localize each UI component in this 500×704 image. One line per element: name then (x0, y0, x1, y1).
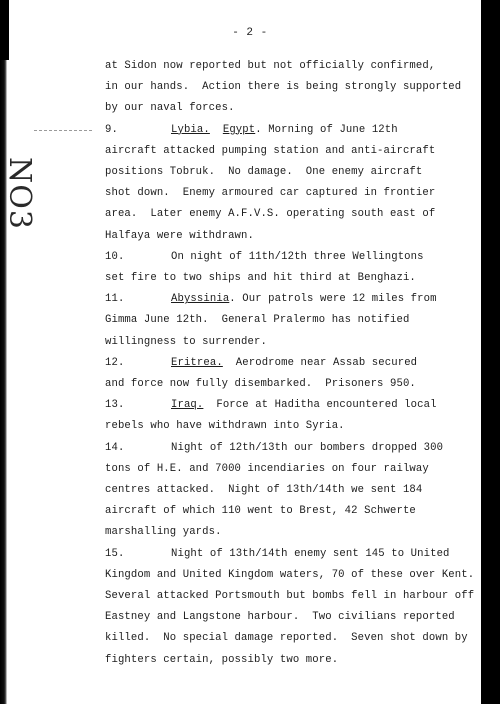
paragraph-number: 9. (105, 120, 118, 141)
text-line: Several attacked Portsmouth but bombs fe… (0, 586, 480, 607)
text-line: tons of H.E. and 7000 incendiaries on fo… (0, 459, 480, 480)
line-text: fighters certain, possibly two more. (105, 650, 338, 671)
paragraph-text: Force at Haditha encountered local (203, 399, 436, 411)
paragraph-heading-secondary: Egypt (223, 124, 255, 136)
text-line: positions Tobruk. No damage. One enemy a… (0, 162, 480, 183)
paragraph-heading: Iraq. (171, 399, 203, 411)
text-line: and force now fully disembarked. Prisone… (0, 374, 480, 395)
paragraph-heading: Abyssinia (171, 293, 229, 305)
line-text: Kingdom and United Kingdom waters, 70 of… (105, 565, 474, 586)
line-text: by our naval forces. (105, 98, 235, 119)
text-line: 14.Night of 12th/13th our bombers droppe… (0, 438, 480, 459)
text-line: Kingdom and United Kingdom waters, 70 of… (0, 565, 480, 586)
paragraph-lead: Eritrea. Aerodrome near Assab secured (171, 353, 417, 374)
line-text: Eastney and Langstone harbour. Two civil… (105, 607, 455, 628)
paragraph-text: Night of 13th/14th enemy sent 145 to Uni… (171, 548, 450, 560)
text-line: rebels who have withdrawn into Syria. (0, 416, 480, 437)
text-line: 10.On night of 11th/12th three Wellingto… (0, 247, 480, 268)
paragraph-number: 10. (105, 247, 124, 268)
paragraph-lead: Night of 12th/13th our bombers dropped 3… (171, 438, 443, 459)
line-text: area. Later enemy A.F.V.S. operating sou… (105, 204, 435, 225)
line-text: centres attacked. Night of 13th/14th we … (105, 480, 422, 501)
line-text: at Sidon now reported but not officially… (105, 56, 435, 77)
text-line: Halfaya were withdrawn. (0, 226, 480, 247)
paragraph-text: Aerodrome near Assab secured (223, 357, 417, 369)
text-line: in our hands. Action there is being stro… (0, 77, 480, 98)
text-line: 12.Eritrea. Aerodrome near Assab secured (0, 353, 480, 374)
line-text: Halfaya were withdrawn. (105, 226, 254, 247)
text-line: set fire to two ships and hit third at B… (0, 268, 480, 289)
text-line: Gimma June 12th. General Pralermo has no… (0, 310, 480, 331)
line-text: killed. No special damage reported. Seve… (105, 628, 468, 649)
paragraph-number: 12. (105, 353, 124, 374)
text-line: aircraft of which 110 went to Brest, 42 … (0, 501, 480, 522)
line-text: in our hands. Action there is being stro… (105, 77, 461, 98)
paragraph-lead: Night of 13th/14th enemy sent 145 to Uni… (171, 544, 450, 565)
paragraph-heading: Lybia. (171, 124, 210, 136)
text-line: aircraft attacked pumping station and an… (0, 141, 480, 162)
paragraph-lead: Abyssinia. Our patrols were 12 miles fro… (171, 289, 437, 310)
text-line: 15.Night of 13th/14th enemy sent 145 to … (0, 544, 480, 565)
line-text: Several attacked Portsmouth but bombs fe… (105, 586, 474, 607)
paragraph-lead: Lybia. Egypt. Morning of June 12th (171, 120, 398, 141)
line-text: rebels who have withdrawn into Syria. (105, 416, 345, 437)
paragraph-number: 13. (105, 395, 124, 416)
text-line: willingness to surrender. (0, 332, 480, 353)
paragraph-lead: On night of 11th/12th three Wellingtons (171, 247, 424, 268)
paragraph-text: . Morning of June 12th (255, 124, 398, 136)
paragraph-heading: Eritrea. (171, 357, 223, 369)
line-text: Gimma June 12th. General Pralermo has no… (105, 310, 409, 331)
line-text: aircraft of which 110 went to Brest, 42 … (105, 501, 416, 522)
paragraph-text: . Our patrols were 12 miles from (229, 293, 436, 305)
text-line: killed. No special damage reported. Seve… (0, 628, 480, 649)
text-line: fighters certain, possibly two more. (0, 650, 480, 671)
paragraph-text: On night of 11th/12th three Wellingtons (171, 251, 424, 263)
scan-right-border (481, 0, 500, 704)
text-line: 11.Abyssinia. Our patrols were 12 miles … (0, 289, 480, 310)
paragraph-number: 11. (105, 289, 124, 310)
text-line: centres attacked. Night of 13th/14th we … (0, 480, 480, 501)
line-text: shot down. Enemy armoured car captured i… (105, 183, 435, 204)
text-line: by our naval forces. (0, 98, 480, 119)
line-text: and force now fully disembarked. Prisone… (105, 374, 416, 395)
paragraph-number: 14. (105, 438, 124, 459)
line-text: set fire to two ships and hit third at B… (105, 268, 416, 289)
text-line: 9.Lybia. Egypt. Morning of June 12th (0, 120, 480, 141)
text-line: 13.Iraq. Force at Haditha encountered lo… (0, 395, 480, 416)
text-line: shot down. Enemy armoured car captured i… (0, 183, 480, 204)
page-number: - 2 - (0, 27, 500, 39)
line-text: aircraft attacked pumping station and an… (105, 141, 435, 162)
line-text: marshalling yards. (105, 522, 222, 543)
text-line: marshalling yards. (0, 522, 480, 543)
text-line: at Sidon now reported but not officially… (0, 56, 480, 77)
line-text: positions Tobruk. No damage. One enemy a… (105, 162, 422, 183)
text-line: Eastney and Langstone harbour. Two civil… (0, 607, 480, 628)
paragraph-text: Night of 12th/13th our bombers dropped 3… (171, 442, 443, 454)
paragraph-number: 15. (105, 544, 124, 565)
line-text: tons of H.E. and 7000 incendiaries on fo… (105, 459, 429, 480)
line-text: willingness to surrender. (105, 332, 267, 353)
paragraph-lead: Iraq. Force at Haditha encountered local (171, 395, 437, 416)
text-line: area. Later enemy A.F.V.S. operating sou… (0, 204, 480, 225)
